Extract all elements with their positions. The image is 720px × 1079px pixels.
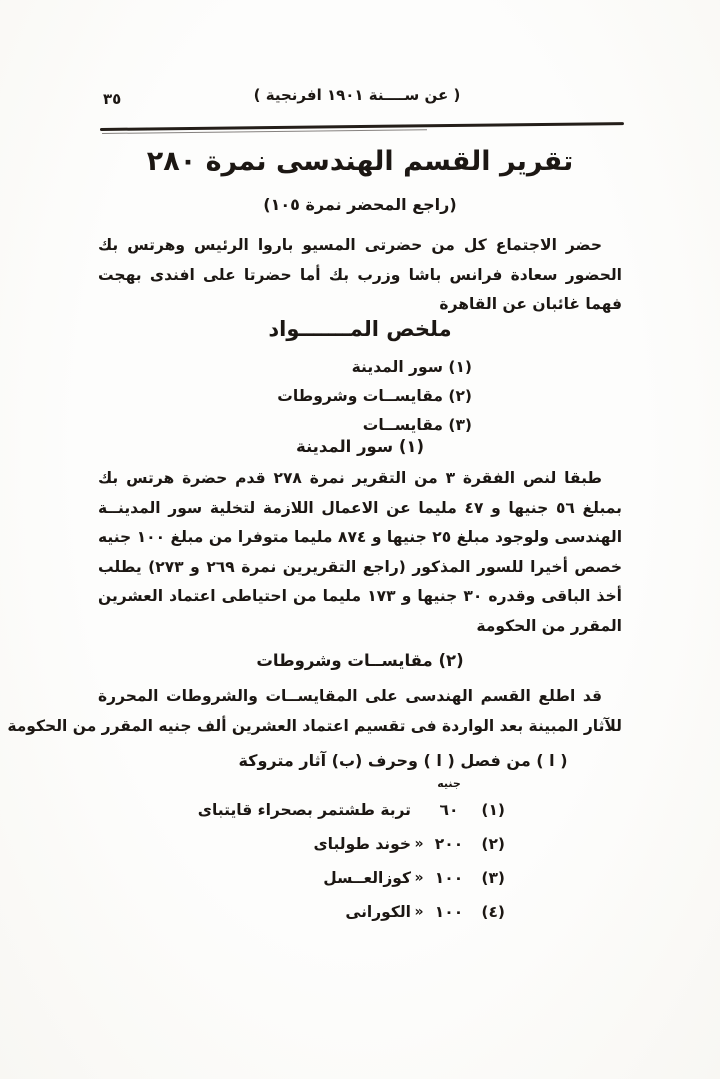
materials-summary-heading: ملخص المـــــــواد [100, 317, 620, 341]
report-subtitle: (راجع المحضر نمرة ١٠٥) [100, 195, 620, 214]
item-number: (٢) [471, 835, 505, 853]
year-caption: ( عن ســــنة ١٩٠١ افرنجية ) [97, 86, 617, 104]
paragraph-line: خصص أخيرا للسور المذكور (راجع التقريرين … [98, 553, 622, 583]
tomb-name: خوند طولباى [309, 835, 411, 853]
paragraph-line: الهندسى ولوجود مبلغ ٢٥ جنيها و ٨٧٤ مليما… [98, 523, 622, 553]
currency-column-label: جنيه [427, 777, 471, 790]
paragraph-line: طبقا لنص الفقرة ٣ من التقرير نمرة ٢٧٨ قد… [98, 464, 622, 494]
header-rule [100, 122, 624, 134]
paragraph-line: بمبلغ ٥٦ جنيها و ٤٧ مليما عن الاعمال الل… [98, 494, 622, 524]
cost-list-row: (١) ٦٠ تربة طشتمر بصحراء قايتباى [175, 793, 505, 827]
attendance-paragraph: حضر الاجتماع كل من حضرتى المسيو باروا ال… [98, 231, 622, 320]
summary-item: (١) سور المدينة [277, 353, 472, 382]
section-city-wall-heading: (١) سور المدينة [100, 437, 620, 456]
amount-value: ١٠٠ [427, 869, 471, 887]
section-estimates-heading: (٢) مقايســات وشروطات [100, 651, 620, 670]
ditto-mark: « [411, 904, 427, 920]
tomb-name: تربة طشتمر بصحراء قايتباى [194, 801, 411, 819]
paragraph-line: فهما غائبان عن القاهرة [98, 290, 622, 320]
city-wall-paragraph: طبقا لنص الفقرة ٣ من التقرير نمرة ٢٧٨ قد… [98, 464, 622, 641]
cost-list-row: (٢) ٢٠٠ « خوند طولباى [175, 827, 505, 861]
paragraph-line: أخذ الباقى وقدره ٣٠ جنيها و ١٧٣ مليما من… [98, 582, 622, 612]
amount-value: ١٠٠ [427, 903, 471, 921]
ditto-mark: « [411, 870, 427, 886]
tombs-cost-list: (١) ٦٠ تربة طشتمر بصحراء قايتباى (٢) ٢٠٠… [175, 793, 505, 929]
report-title: تقرير القسم الهندسى نمرة ٢٨٠ [100, 146, 620, 177]
item-number: (٤) [471, 903, 505, 921]
chapter-letter-subheading: ( ا ) من فصل ( ا ) وحرف (ب) آثار متروكة [143, 751, 663, 770]
tomb-name: كوزالعــسل [319, 869, 411, 887]
cost-list-row: (٣) ١٠٠ « كوزالعــسل [175, 861, 505, 895]
paragraph-line: الحضور سعادة فرانس باشا وزرب بك أما حضرت… [98, 261, 622, 291]
paragraph-line: للآثار المبينة بعد الواردة فى تقسيم اعتم… [98, 711, 622, 741]
paragraph-line: المقرر من الحكومة [98, 612, 622, 642]
estimates-paragraph: قد اطلع القسم الهندسى على المقايســات وا… [98, 681, 622, 741]
item-number: (٣) [471, 869, 505, 887]
materials-summary-list: (١) سور المدينة (٢) مقايســات وشروطات (٣… [277, 353, 472, 440]
amount-value: ٦٠ [427, 801, 471, 819]
tomb-name: الكورانى [341, 903, 411, 921]
summary-item: (٣) مقايســات [277, 411, 472, 440]
summary-item: (٢) مقايســات وشروطات [277, 382, 472, 411]
item-number: (١) [471, 801, 505, 819]
amount-value: ٢٠٠ [427, 835, 471, 853]
document-page: ٣٥ ( عن ســــنة ١٩٠١ افرنجية ) تقرير الق… [0, 0, 720, 1079]
paragraph-line: حضر الاجتماع كل من حضرتى المسيو باروا ال… [98, 231, 622, 261]
cost-list-row: (٤) ١٠٠ « الكورانى [175, 895, 505, 929]
ditto-mark: « [411, 836, 427, 852]
paragraph-line: قد اطلع القسم الهندسى على المقايســات وا… [98, 681, 622, 711]
